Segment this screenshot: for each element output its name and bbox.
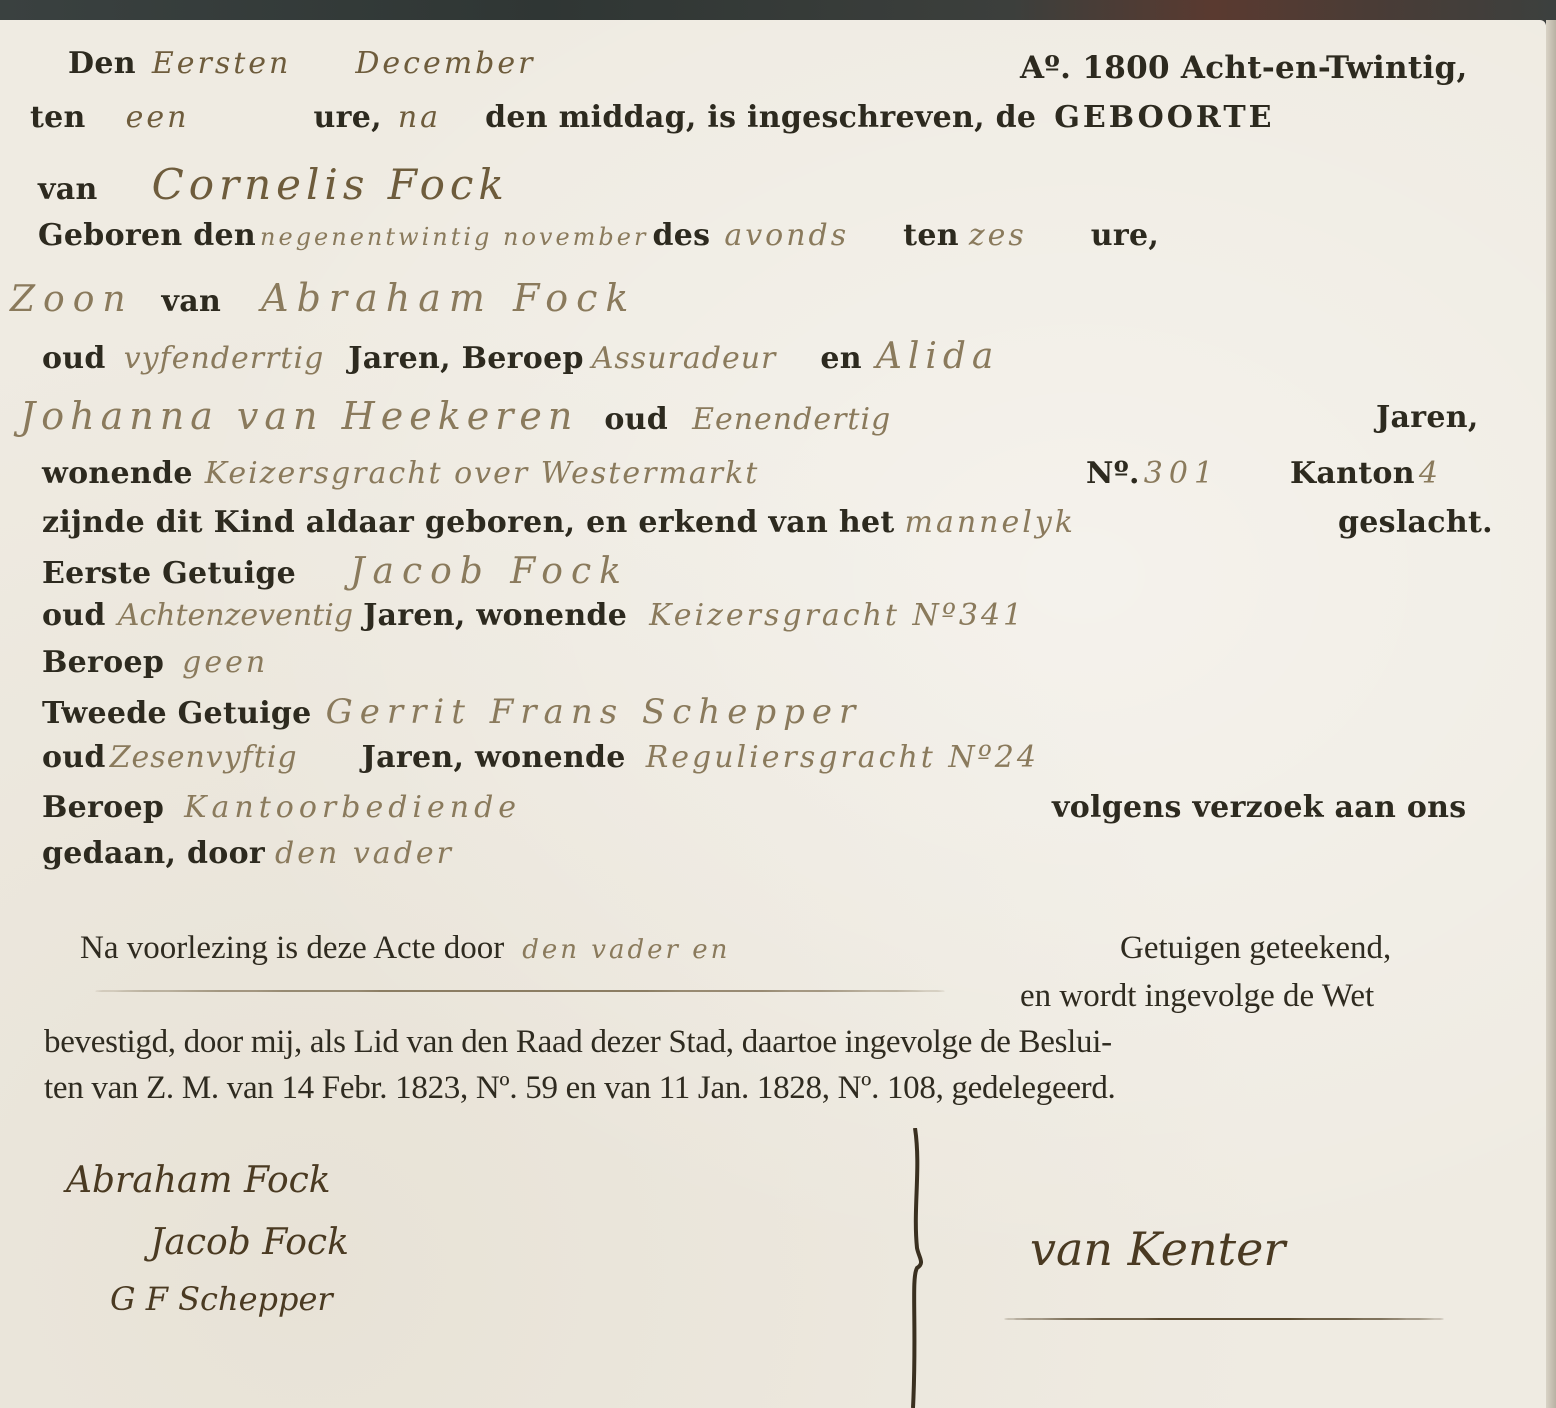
house-number: Nº. 301 [1086,456,1219,491]
handwritten-time-of-day: avonds [724,218,849,253]
printed-text: ten [903,218,959,253]
handwritten-mother-first-name: Alida [876,336,1000,377]
line-birth: Geboren den negenentwintig november des … [38,218,1159,253]
printed-text: Nº. [1086,456,1140,491]
handwritten-kanton: 4 [1419,456,1441,491]
printed-text: Beroep [42,790,164,825]
line-date: Den Eersten December [68,46,535,81]
line-second-witness-occupation: Beroep Kantoorbediende [42,790,521,825]
printed-text: ure, [1091,218,1159,253]
handwritten-father-name: Abraham Fock [261,276,636,320]
printed-text: oud [604,402,668,437]
printed-text: Den [68,46,136,81]
handwritten-second-witness: Gerrit Frans Schepper [326,692,863,732]
printed-text: Na voorlezing is deze Acte door [80,930,504,966]
printed-text: des [652,218,710,253]
printed-text: Kanton [1290,456,1415,491]
line-sex: zijnde dit Kind aldaar geboren, en erken… [42,505,1076,540]
book-binding [0,0,1556,22]
printed-text: Jaren, wonende [362,740,626,775]
line-time: ten een ure, na den middag, is ingeschre… [30,100,1275,135]
printed-text: en [820,341,862,376]
line-second-witness: Tweede Getuige Gerrit Frans Schepper [42,692,862,732]
handwritten-requested-by: den vader [275,836,454,871]
handwritten-month: December [355,46,535,81]
handwritten-zoon: Zoon [10,279,134,320]
line-father-age: oud vyfenderrtig Jaren, Beroep Assuradeu… [42,336,999,377]
line-mother: Johanna van Heekeren oud Eenendertig [20,394,891,438]
line-first-witness: Eerste Getuige Jacob Fock [42,551,629,592]
handwritten-day: Eersten [152,46,292,81]
signature-abraham-fock: Abraham Fock [66,1160,331,1201]
line-second-witness-age: oud Zesenvyftig Jaren, wonende Reguliers… [42,740,1039,775]
line-father: Zoon van Abraham Fock [10,276,636,320]
printed-text: Geboren den [38,218,256,253]
ink-stroke [95,990,945,992]
signature-g-f-schepper: G F Schepper [110,1280,333,1318]
handwritten-first-witness: Jacob Fock [350,551,629,592]
handwritten-father-age: vyfenderrtig [124,341,325,376]
handwritten-first-witness-occupation: geen [182,645,268,680]
handwritten-second-witness-address: Reguliersgracht Nº24 [646,740,1039,775]
printed-text: Eerste Getuige [42,556,296,591]
printed-text: den middag, is ingeschreven, de [485,100,1036,135]
brace-divider [905,1128,929,1408]
printed-text: Beroep [42,645,164,680]
signature-official: van Kenter [1030,1222,1285,1276]
printed-text: van [162,284,222,319]
handwritten-address: Keizersgracht over Westermarkt [205,456,760,491]
printed-text: Tweede Getuige [42,696,312,731]
signature-underline [1004,1318,1444,1320]
handwritten-na: na [398,100,441,135]
handwritten-second-witness-occupation: Kantoorbediende [184,790,521,825]
line-first-witness-age: oud Achtenzeventig Jaren, wonende Keizer… [42,598,1025,633]
printed-text: ure, [314,100,382,135]
printed-text: ten van Z. M. van 14 Febr. 1823, Nº. 59 … [44,1070,1116,1107]
handwritten-first-witness-age: Achtenzeventig [118,598,353,633]
printed-text: Jaren, wonende [363,598,627,633]
printed-text: Getuigen geteekend, [1120,930,1391,967]
kanton: Kanton 4 [1290,456,1441,491]
heading-geboorte: GEBOORTE [1054,100,1274,135]
handwritten-signed-by: den vader en [522,935,730,965]
page-edge [1546,20,1556,1408]
signature-jacob-fock: Jacob Fock [150,1222,349,1263]
printed-text: geslacht. [1338,505,1493,540]
handwritten-first-witness-address: Keizersgracht Nº341 [649,598,1025,633]
printed-text: Jaren, Beroep [348,341,583,376]
handwritten-mother-name: Johanna van Heekeren [20,394,578,438]
line-reading: Na voorlezing is deze Acte door den vade… [80,930,730,967]
printed-text: bevestigd, door mij, als Lid van den Raa… [44,1024,1112,1061]
handwritten-house-number: 301 [1144,456,1219,491]
handwritten-child-name: Cornelis Fock [152,160,509,209]
printed-text: zijnde dit Kind aldaar geboren, en erken… [42,505,895,540]
handwritten-second-witness-age: Zesenvyftig [110,740,298,775]
handwritten-hour: een [126,100,190,135]
printed-text: oud [42,740,106,775]
handwritten-sex: mannelyk [905,505,1076,540]
printed-text: wonende [42,456,193,491]
printed-text: van [38,172,98,207]
printed-text: oud [42,598,106,633]
printed-text: en wordt ingevolge de Wet [1020,978,1374,1015]
printed-text: oud [42,341,106,376]
line-child-name: van Cornelis Fock [38,160,509,209]
printed-text: ten [30,100,86,135]
year-label: Aº. 1800 Acht-en-Twintig, [1020,50,1468,86]
printed-text: volgens verzoek aan ons [1052,790,1466,825]
line-first-witness-occupation: Beroep geen [42,645,268,680]
handwritten-mother-age: Eenendertig [692,402,891,437]
handwritten-father-occupation: Assuradeur [592,341,777,376]
printed-text: gedaan, door [42,836,265,871]
handwritten-birth-date: negenentwintig november [260,223,648,251]
handwritten-birth-hour: zes [969,218,1027,253]
line-requested-by: gedaan, door den vader [42,836,454,871]
printed-text: Jaren, [1376,400,1479,435]
line-residence: wonende Keizersgracht over Westermarkt [42,456,759,491]
